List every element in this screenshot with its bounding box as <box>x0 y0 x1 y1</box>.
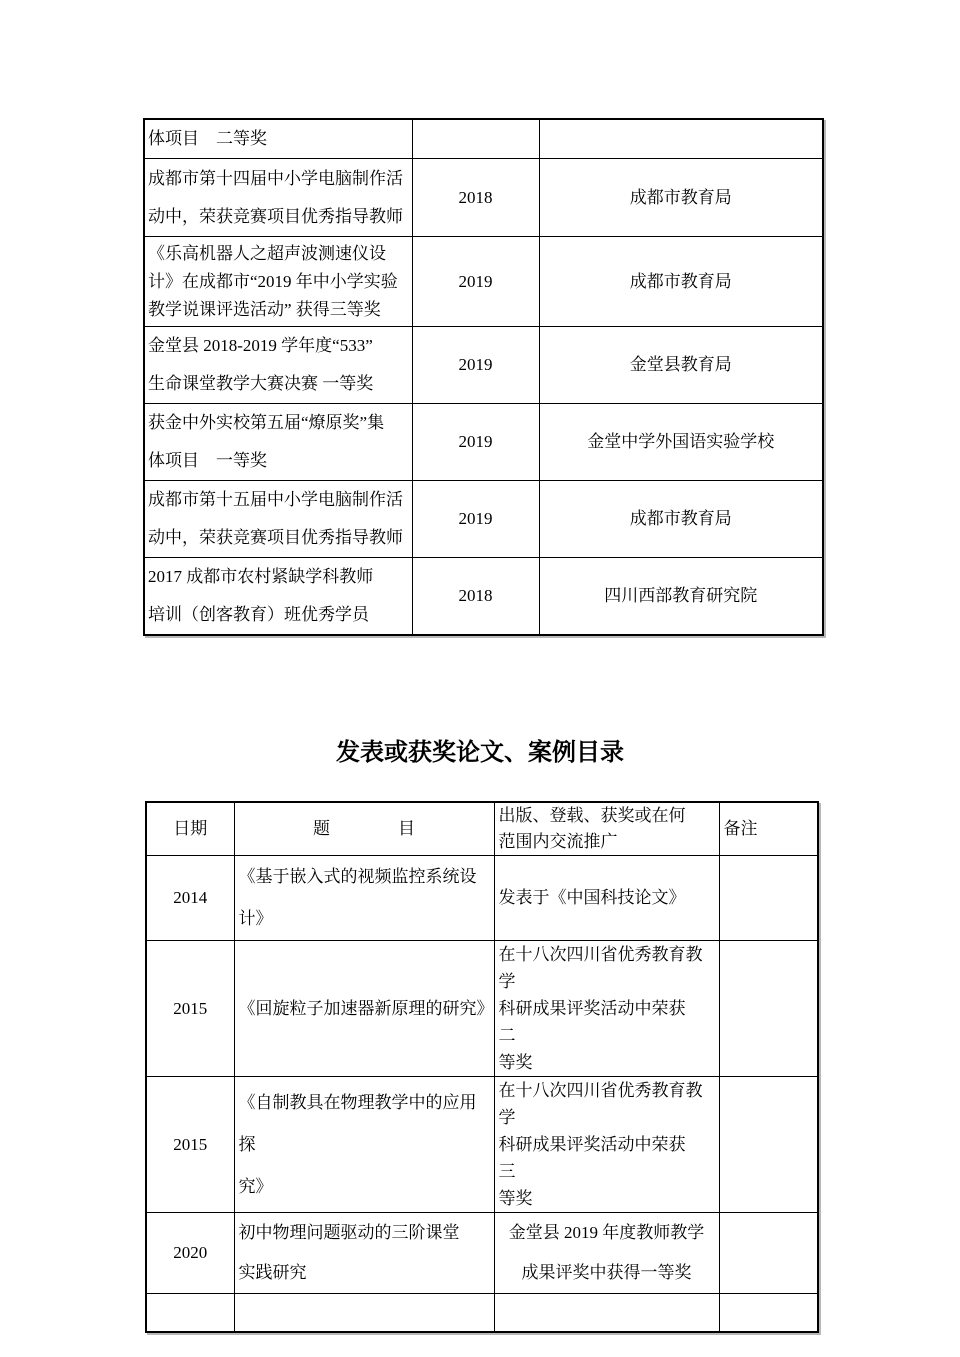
document-page: 体项目 二等奖 成都市第十四届中小学电脑制作活 动中，荣获竞赛项目优秀指导教师 … <box>0 0 960 1357</box>
table-row: 体项目 二等奖 <box>144 119 823 159</box>
award-org-cell: 四川西部教育研究院 <box>539 558 823 636</box>
header-title: 题 目 <box>234 802 494 856</box>
paper-pub-cell: 在十八次四川省优秀教育教学 科研成果评奖活动中荣获 三 等奖 <box>494 1077 719 1213</box>
header-notes: 备注 <box>719 802 818 856</box>
award-year-cell: 2019 <box>412 327 539 404</box>
table-row: 成都市第十四届中小学电脑制作活 动中，荣获竞赛项目优秀指导教师 2018 成都市… <box>144 159 823 237</box>
table-row: 2015 《自制教具在物理教学中的应用探 究》 在十八次四川省优秀教育教学 科研… <box>146 1077 818 1213</box>
table-row: 成都市第十五届中小学电脑制作活 动中，荣获竞赛项目优秀指导教师 2019 成都市… <box>144 481 823 558</box>
awards-table: 体项目 二等奖 成都市第十四届中小学电脑制作活 动中，荣获竞赛项目优秀指导教师 … <box>143 118 824 636</box>
award-org-cell: 成都市教育局 <box>539 237 823 327</box>
paper-pub-cell: 发表于《中国科技论文》 <box>494 856 719 941</box>
table-header-row: 日期 题 目 出版、登载、获奖或在何 范围内交流推广 备注 <box>146 802 818 856</box>
table-row: 2015 《回旋粒子加速器新原理的研究》 在十八次四川省优秀教育教学 科研成果评… <box>146 941 818 1077</box>
paper-date-cell: 2014 <box>146 856 234 941</box>
paper-title-cell: 初中物理问题驱动的三阶课堂 实践研究 <box>234 1213 494 1294</box>
award-desc-cell: 体项目 二等奖 <box>144 119 412 159</box>
table-row: 获金中外实校第五届“燎原奖”集 体项目 一等奖 2019 金堂中学外国语实验学校 <box>144 404 823 481</box>
paper-notes-cell <box>719 856 818 941</box>
award-org-cell: 成都市教育局 <box>539 159 823 237</box>
award-desc-cell: 2017 成都市农村紧缺学科教师 培训（创客教育）班优秀学员 <box>144 558 412 636</box>
table-row: 2014 《基于嵌入式的视频监控系统设 计》 发表于《中国科技论文》 <box>146 856 818 941</box>
header-date: 日期 <box>146 802 234 856</box>
table-row: 2020 初中物理问题驱动的三阶课堂 实践研究 金堂县 2019 年度教师教学 … <box>146 1213 818 1294</box>
table-row: 金堂县 2018-2019 学年度“533” 生命课堂教学大赛决赛 一等奖 20… <box>144 327 823 404</box>
paper-notes-cell <box>719 941 818 1077</box>
award-desc-cell: 成都市第十四届中小学电脑制作活 动中，荣获竞赛项目优秀指导教师 <box>144 159 412 237</box>
paper-notes-cell <box>719 1077 818 1213</box>
award-year-cell: 2018 <box>412 159 539 237</box>
award-org-cell: 成都市教育局 <box>539 481 823 558</box>
award-year-cell: 2018 <box>412 558 539 636</box>
paper-date-cell: 2015 <box>146 941 234 1077</box>
award-org-cell: 金堂县教育局 <box>539 327 823 404</box>
paper-title-cell: 《回旋粒子加速器新原理的研究》 <box>234 941 494 1077</box>
paper-title-cell: 《基于嵌入式的视频监控系统设 计》 <box>234 856 494 941</box>
award-desc-cell: 金堂县 2018-2019 学年度“533” 生命课堂教学大赛决赛 一等奖 <box>144 327 412 404</box>
award-org-cell: 金堂中学外国语实验学校 <box>539 404 823 481</box>
award-year-cell: 2019 <box>412 237 539 327</box>
award-desc-cell: 《乐高机器人之超声波测速仪设 计》在成都市“2019 年中小学实验 教学说课评选… <box>144 237 412 327</box>
award-year-cell: 2019 <box>412 481 539 558</box>
award-year-cell: 2019 <box>412 404 539 481</box>
award-org-cell <box>539 119 823 159</box>
award-desc-cell: 获金中外实校第五届“燎原奖”集 体项目 一等奖 <box>144 404 412 481</box>
paper-notes-cell <box>719 1213 818 1294</box>
paper-date-cell: 2015 <box>146 1077 234 1213</box>
paper-title-cell: 《自制教具在物理教学中的应用探 究》 <box>234 1077 494 1213</box>
award-year-cell <box>412 119 539 159</box>
paper-notes-cell <box>719 1294 818 1332</box>
award-desc-cell: 成都市第十五届中小学电脑制作活 动中，荣获竞赛项目优秀指导教师 <box>144 481 412 558</box>
papers-table: 日期 题 目 出版、登载、获奖或在何 范围内交流推广 备注 2014 《基于嵌入… <box>145 801 819 1333</box>
paper-pub-cell: 在十八次四川省优秀教育教学 科研成果评奖活动中荣获 二 等奖 <box>494 941 719 1077</box>
table-row: 《乐高机器人之超声波测速仪设 计》在成都市“2019 年中小学实验 教学说课评选… <box>144 237 823 327</box>
paper-pub-cell <box>494 1294 719 1332</box>
header-publication: 出版、登载、获奖或在何 范围内交流推广 <box>494 802 719 856</box>
paper-date-cell: 2020 <box>146 1213 234 1294</box>
paper-title-cell <box>234 1294 494 1332</box>
paper-pub-cell: 金堂县 2019 年度教师教学 成果评奖中获得一等奖 <box>494 1213 719 1294</box>
table-row: 2017 成都市农村紧缺学科教师 培训（创客教育）班优秀学员 2018 四川西部… <box>144 558 823 636</box>
table-row <box>146 1294 818 1332</box>
paper-date-cell <box>146 1294 234 1332</box>
section-title: 发表或获奖论文、案例目录 <box>0 736 960 770</box>
